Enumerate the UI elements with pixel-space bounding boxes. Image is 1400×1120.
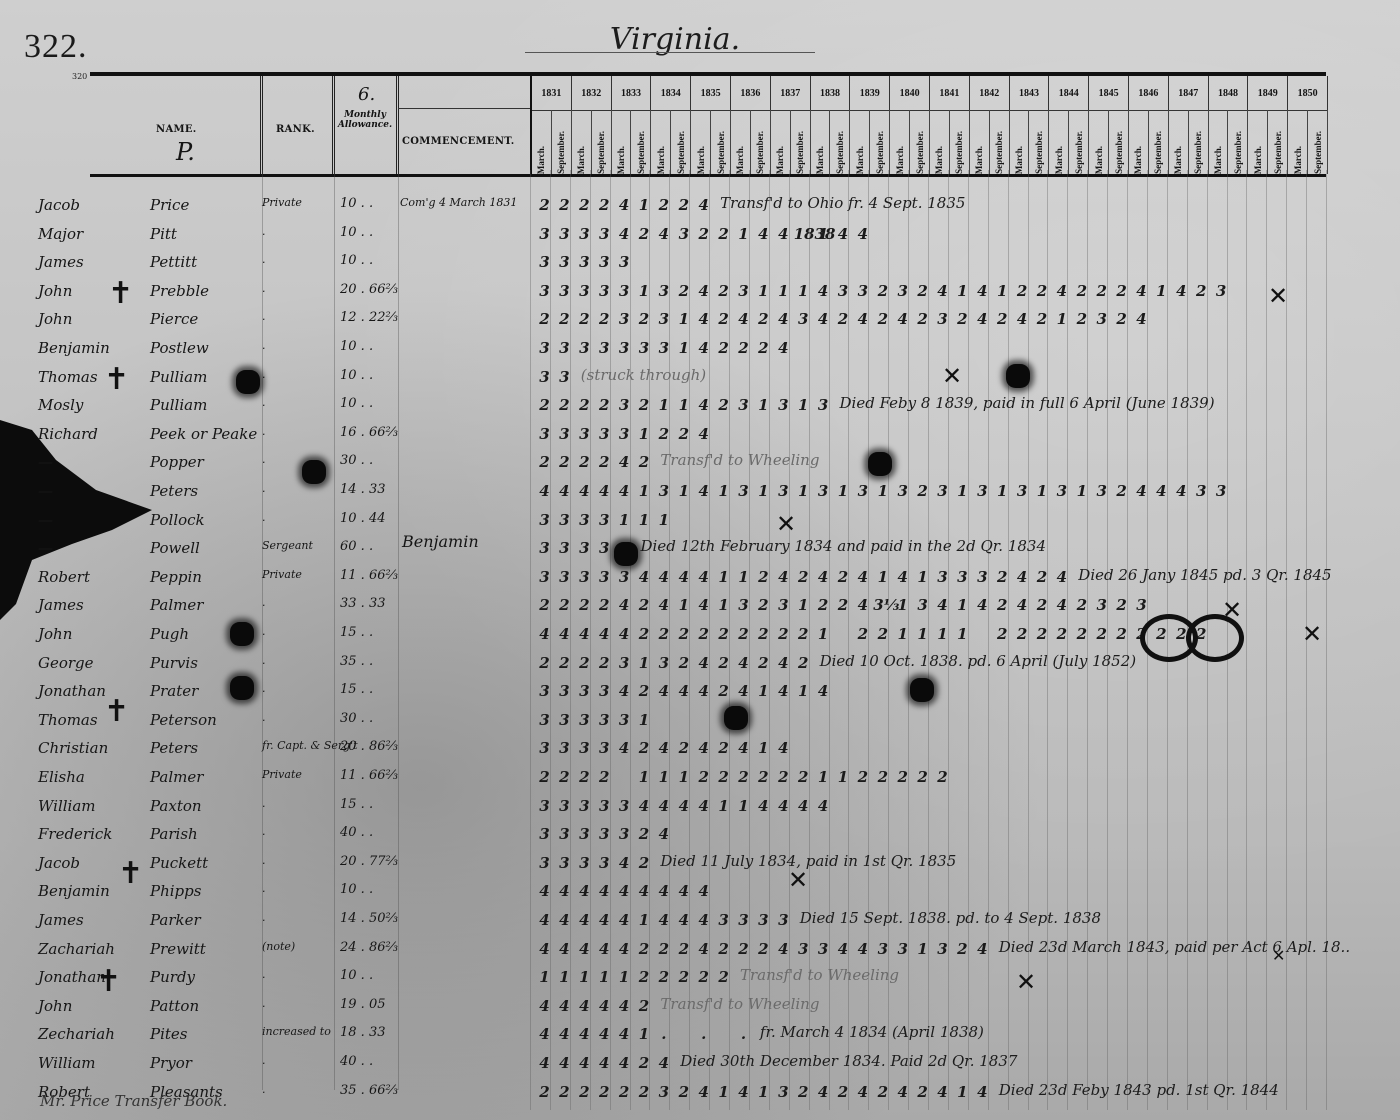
allowance-label-2: Allowance. <box>336 120 394 130</box>
payment-entry: 2 <box>873 768 892 786</box>
payment-entry: 3 <box>575 854 594 872</box>
payment-entry: 1 <box>635 768 654 786</box>
month-header: September. <box>1189 110 1209 174</box>
payment-entry: 2 <box>754 310 773 328</box>
previous-page-number: 320 <box>72 72 87 81</box>
payment-entry: 2 <box>535 768 554 786</box>
last-name: Purvis <box>150 654 198 672</box>
ink-blot-mark <box>230 622 254 646</box>
last-name: Pettitt <box>150 253 197 271</box>
last-name: Pryor <box>150 1054 192 1072</box>
payment-entry: 4 <box>694 1083 713 1101</box>
payment-entry: 3 <box>555 425 574 443</box>
payment-entry: 4 <box>654 739 673 757</box>
payment-entry: 1 <box>555 968 574 986</box>
month-header: March. <box>771 110 791 174</box>
pensioner-row: JonathanPrater.15 . .333342444241414 <box>0 682 1400 710</box>
payment-entry: 1838 <box>794 225 813 243</box>
payment-entry: 3 <box>834 282 853 300</box>
interline-annotation: Benjamin <box>402 532 479 551</box>
monthly-allowance: 10 . . <box>340 968 373 983</box>
pensioner-row: JohnPatton.19 . 05444442Transf'd to Whee… <box>0 997 1400 1025</box>
year-header: 1841 <box>930 76 970 111</box>
payment-entry: 3 <box>714 911 733 929</box>
payment-entry: 3 <box>555 339 574 357</box>
payment-entry: 2 <box>635 854 654 872</box>
payment-entry: 2 <box>1072 282 1091 300</box>
payment-entry: 1 <box>913 940 932 958</box>
first-name: James <box>38 253 84 271</box>
pensioner-row: BenjaminPhipps.10 . .444444444 <box>0 882 1400 910</box>
payment-entry: 2 <box>674 968 693 986</box>
first-name: Thomas <box>38 711 98 729</box>
pensioner-row: MajorPitt.10 . .33334243221441838144 <box>0 225 1400 253</box>
payment-entry: 2 <box>794 654 813 672</box>
payment-entry: 4 <box>654 797 673 815</box>
payment-entry: 3 <box>853 482 872 500</box>
payment-entry: 3 <box>1013 482 1032 500</box>
payment-entry: 3 <box>933 310 952 328</box>
payment-entry: 2 <box>1033 596 1052 614</box>
payment-entry: 3 <box>654 282 673 300</box>
month-header: September. <box>711 110 731 174</box>
payment-entry: 4 <box>694 911 713 929</box>
remark-note: Transf'd to Wheeling <box>660 995 819 1013</box>
payment-entry: 4 <box>814 568 833 586</box>
payment-entry: 2 <box>535 196 554 214</box>
payment-entry: 1 <box>734 568 753 586</box>
payment-entry: 3 <box>734 396 753 414</box>
payment-entry: 4 <box>555 1054 574 1072</box>
first-name: — <box>38 539 53 557</box>
payment-entry: 1 <box>635 425 654 443</box>
pensioner-row: WilliamPaxton.15 . .333334444114444 <box>0 797 1400 825</box>
payment-entry: 3 <box>615 825 634 843</box>
payment-entry: 4 <box>853 568 872 586</box>
month-header: September. <box>1069 110 1089 174</box>
payment-entry: 3 <box>774 396 793 414</box>
payment-entry: 1 <box>595 968 614 986</box>
first-name: James <box>38 911 84 929</box>
payment-entry: 3 <box>615 425 634 443</box>
payment-entry: 1 <box>635 482 654 500</box>
payment-entry: 3 <box>893 482 912 500</box>
monthly-allowance: 10 . . <box>340 196 373 211</box>
payment-entry: 1 <box>654 768 673 786</box>
year-header: 1849 <box>1248 76 1288 111</box>
month-label: September. <box>1114 128 1124 174</box>
payment-entry: 2 <box>714 625 733 643</box>
first-name: John <box>38 625 72 643</box>
payment-entry: 4 <box>933 1083 952 1101</box>
payment-entry: 3 <box>615 568 634 586</box>
last-name: Pitt <box>150 225 177 243</box>
payment-entry: 2 <box>694 968 713 986</box>
rank: . <box>262 682 266 695</box>
monthly-allowance: 12 . 22⅔ <box>340 310 398 325</box>
payment-entry: 3 <box>814 482 833 500</box>
payment-entry: 2 <box>814 596 833 614</box>
remark-note: Died 26 Jany 1845 pd. 3 Qr. 1845 <box>1078 566 1331 584</box>
payment-entry: 2 <box>635 940 654 958</box>
payment-entry: 4 <box>1172 282 1191 300</box>
payment-entry: 4 <box>694 425 713 443</box>
payment-entry: 2 <box>635 1083 654 1101</box>
first-name: James <box>38 596 84 614</box>
payment-entry: 4 <box>535 911 554 929</box>
ink-blot-mark <box>724 706 748 730</box>
payment-entry: 2 <box>794 625 813 643</box>
last-name: Peek or Peake <box>150 425 257 443</box>
monthly-allowance: 10 . 44 <box>340 511 385 526</box>
payment-entry: 4 <box>694 654 713 672</box>
payment-entry: 2 <box>754 768 773 786</box>
year-header: 1848 <box>1209 76 1249 111</box>
payment-entry: 2 <box>873 282 892 300</box>
month-label: September. <box>915 128 925 174</box>
payment-entry: 4 <box>754 225 773 243</box>
payment-entry: 2 <box>853 625 872 643</box>
rank: . <box>262 1083 266 1096</box>
month-label: September. <box>636 128 646 174</box>
payment-entry: 3 <box>595 539 614 557</box>
last-name: Prebble <box>150 282 209 300</box>
last-name: Parish <box>150 825 198 843</box>
payment-entry: 4 <box>853 1083 872 1101</box>
rank: Private <box>262 768 302 781</box>
payment-entry: 4 <box>674 797 693 815</box>
payment-entry: 2 <box>754 568 773 586</box>
month-header: March. <box>890 110 910 174</box>
payment-entry: 4 <box>615 225 634 243</box>
commencement-label: COMMENCEMENT. <box>402 136 515 147</box>
payment-entry: 3 <box>734 482 753 500</box>
payment-entry: 4 <box>595 882 614 900</box>
payment-entry: 4 <box>635 882 654 900</box>
payment-entry: 4 <box>575 1025 594 1043</box>
payment-entry: 3 <box>595 511 614 529</box>
payment-entry: 4 <box>535 1025 554 1043</box>
month-header: March. <box>970 110 990 174</box>
year-header: 1832 <box>572 76 612 111</box>
payment-entry: 4 <box>814 310 833 328</box>
rank: . <box>262 225 266 238</box>
year-header: 1844 <box>1049 76 1089 111</box>
payment-entry: 3 <box>555 225 574 243</box>
payment-entry: 4 <box>575 997 594 1015</box>
payment-entry: 1 <box>674 310 693 328</box>
remark-note: Died 12th February 1834 and paid in the … <box>641 537 1047 555</box>
payment-entry: 3 <box>535 682 554 700</box>
payment-entry: 4 <box>694 882 713 900</box>
last-name: Pugh <box>150 625 189 643</box>
payment-entry: 2 <box>1013 282 1032 300</box>
pensioner-row: BenjaminPostlew.10 . .3333333142224 <box>0 339 1400 367</box>
payment-entry: 2 <box>794 1083 813 1101</box>
payment-entry: 4 <box>774 568 793 586</box>
rank: . <box>262 596 266 609</box>
month-header: September. <box>592 110 612 174</box>
payment-entry: 4 <box>654 682 673 700</box>
monthly-allowance: 35 . . <box>340 654 373 669</box>
ink-blot-mark <box>868 452 892 476</box>
allowance-number: 6. <box>358 84 375 105</box>
payment-entry: 3 <box>933 482 952 500</box>
payment-entry: 2 <box>714 654 733 672</box>
payment-entry: 1 <box>953 282 972 300</box>
monthly-allowance: 10 . . <box>340 368 373 383</box>
cross-mark-icon: ✝ <box>108 276 133 311</box>
payment-entry: 2 <box>993 310 1012 328</box>
payment-entry: 2 <box>754 339 773 357</box>
last-name: Paxton <box>150 797 202 815</box>
payment-entry: 1 <box>754 482 773 500</box>
payment-entry: 2 <box>714 282 733 300</box>
pensioner-row: ZachariahPrewitt(note)24 . 86⅔4444422242… <box>0 940 1400 968</box>
year-header: 1838 <box>811 76 851 111</box>
payment-entry: 3 <box>595 739 614 757</box>
payment-entry: 2 <box>913 310 932 328</box>
payment-entry: 4 <box>694 739 713 757</box>
ink-blot-mark <box>614 542 638 566</box>
rank-label: RANK. <box>276 124 315 135</box>
last-name: Palmer <box>150 768 203 786</box>
payment-entry: . <box>694 1025 713 1043</box>
year-header: 1850 <box>1288 76 1328 111</box>
year-header: 1845 <box>1089 76 1129 111</box>
year-header: 1837 <box>771 76 811 111</box>
payment-entry: 2 <box>893 768 912 786</box>
payment-entry: 3 <box>535 425 554 443</box>
rank: (note) <box>262 940 295 953</box>
payment-entry: 1 <box>615 968 634 986</box>
payment-entry: 3 <box>635 339 654 357</box>
month-header: March. <box>1248 110 1268 174</box>
payment-entry: 2 <box>714 396 733 414</box>
month-header: September. <box>950 110 970 174</box>
month-label: September. <box>954 128 964 174</box>
payment-entry: 4 <box>694 568 713 586</box>
circled-payment-mark <box>1186 614 1244 662</box>
payment-entry: 1 <box>714 482 733 500</box>
month-header: September. <box>831 110 851 174</box>
payment-entry: 1 <box>794 396 813 414</box>
payment-entry: 2 <box>913 482 932 500</box>
payment-entry: 1 <box>814 768 833 786</box>
rank: Sergeant <box>262 539 313 552</box>
payment-entry: 4 <box>694 310 713 328</box>
month-label: September. <box>1153 128 1163 174</box>
rank: . <box>262 425 266 438</box>
cross-mark-icon: ✝ <box>96 964 121 999</box>
first-name: Benjamin <box>38 882 110 900</box>
rank: . <box>262 711 266 724</box>
payment-entry: 4 <box>615 682 634 700</box>
pensioner-row: ElishaPalmerPrivate11 . 66⅔2222111222222… <box>0 768 1400 796</box>
payment-entry: 2 <box>595 596 614 614</box>
month-label: September. <box>1034 128 1044 174</box>
payment-entry: 1 <box>754 1083 773 1101</box>
payment-entry: 1 <box>834 768 853 786</box>
rank: . <box>262 654 266 667</box>
remark-note: Died 10 Oct. 1838. pd. 6 April (July 185… <box>820 652 1137 670</box>
payment-entry: 2 <box>535 310 554 328</box>
payment-entry: 2 <box>993 596 1012 614</box>
payment-entry: 4 <box>575 911 594 929</box>
page-number: 322. <box>24 28 88 66</box>
last-name: Phipps <box>150 882 201 900</box>
payment-entry: 4 <box>615 625 634 643</box>
payment-entry: 3 <box>575 739 594 757</box>
payment-entry: 1 <box>814 625 833 643</box>
remark-note: fr. March 4 1834 (April 1838) <box>760 1023 984 1041</box>
payment-entry: 4 <box>1132 310 1151 328</box>
month-header: September. <box>751 110 771 174</box>
payment-entry: 4 <box>973 596 992 614</box>
first-name: John <box>38 997 72 1015</box>
payment-entry: 3 <box>575 682 594 700</box>
payment-entry: 2 <box>555 310 574 328</box>
payment-entry: 3 <box>555 682 574 700</box>
payment-entry: 1 <box>953 1083 972 1101</box>
payment-entry: 2 <box>595 453 614 471</box>
payment-entry: 2 <box>834 310 853 328</box>
payment-entry: 2 <box>595 768 614 786</box>
payment-entry: 4 <box>595 997 614 1015</box>
pensioner-row: WilliamPryor.40 . .4444424Died 30th Dece… <box>0 1054 1400 1082</box>
month-header: September. <box>1109 110 1129 174</box>
payment-entry: 4 <box>834 940 853 958</box>
payment-entry: 4 <box>694 940 713 958</box>
payment-entry: 3 <box>794 940 813 958</box>
rank: . <box>262 310 266 323</box>
payment-entry: 2 <box>635 310 654 328</box>
first-name: Jacob <box>38 854 80 872</box>
payment-entry: 4 <box>575 625 594 643</box>
payment-entry: 4 <box>973 940 992 958</box>
first-name: Mosly <box>38 396 83 414</box>
payment-entry: 2 <box>694 225 713 243</box>
month-header: September. <box>632 110 652 174</box>
month-label: September. <box>795 128 805 174</box>
payment-entry: 4 <box>555 482 574 500</box>
payment-entry: 4 <box>535 882 554 900</box>
last-name: Pulliam <box>150 396 207 414</box>
payment-entry: 2 <box>575 654 594 672</box>
ink-blot-mark <box>230 676 254 700</box>
payment-entry: 2 <box>1192 282 1211 300</box>
payment-entry: 4 <box>615 940 634 958</box>
payment-entry: 3 <box>754 911 773 929</box>
rank: . <box>262 339 266 352</box>
monthly-allowance: 33 . 33 <box>340 596 385 611</box>
payment-entry: 1 <box>734 797 753 815</box>
payment-entry: 2 <box>674 940 693 958</box>
month-header: September. <box>1030 110 1050 174</box>
payment-entry: 3 <box>555 854 574 872</box>
first-name: Zechariah <box>38 1025 115 1043</box>
rank: . <box>262 368 266 381</box>
payment-entry: 3 <box>615 797 634 815</box>
last-name: Pulliam <box>150 368 207 386</box>
payment-entry: 4 <box>694 339 713 357</box>
payment-entry: 4 <box>615 911 634 929</box>
month-header: March. <box>1209 110 1229 174</box>
payment-entry: 3 <box>1192 482 1211 500</box>
payment-entry: 4 <box>973 310 992 328</box>
month-header: March. <box>811 110 831 174</box>
payment-entry: 4 <box>1132 282 1151 300</box>
first-name: — <box>38 482 53 500</box>
payment-entry: 2 <box>575 396 594 414</box>
payment-entry: 1 <box>535 968 554 986</box>
monthly-allowance: 11 . 66⅔ <box>340 568 398 583</box>
payment-entry: 2 <box>635 453 654 471</box>
payment-entry: 1 <box>873 568 892 586</box>
payment-entry: 4 <box>694 797 713 815</box>
payment-entry: 3 <box>555 282 574 300</box>
payment-entry: 2 <box>555 1083 574 1101</box>
payment-entry: 2 <box>674 196 693 214</box>
monthly-allowance: 60 . . <box>340 539 373 554</box>
payment-entry: 2 <box>1112 310 1131 328</box>
monthly-allowance: 10 . . <box>340 396 373 411</box>
payment-entry: 4 <box>1013 568 1032 586</box>
payment-entry: 4 <box>774 654 793 672</box>
payment-entry: 4 <box>575 482 594 500</box>
payment-entry: 4 <box>555 911 574 929</box>
rank: . <box>262 968 266 981</box>
payment-entry: 4 <box>615 854 634 872</box>
payment-entry: 4 <box>635 797 654 815</box>
name-label: NAME. <box>156 124 197 135</box>
payment-entry: 3 <box>575 511 594 529</box>
payment-entry: 2 <box>794 568 813 586</box>
payment-entry: 2 <box>754 596 773 614</box>
payment-entry: 2 <box>1033 568 1052 586</box>
payment-entry: 2 <box>595 396 614 414</box>
payment-entry: 2 <box>1033 282 1052 300</box>
monthly-allowance: 35 . 66⅔ <box>340 1083 398 1098</box>
payment-entry: 4 <box>674 682 693 700</box>
payment-entry: 1 <box>1152 282 1171 300</box>
payment-entry: 1 <box>654 396 673 414</box>
year-header: 1839 <box>850 76 890 111</box>
first-name: Christian <box>38 739 108 757</box>
x-mark-icon: ✕ <box>788 866 808 894</box>
payment-entry: 2 <box>834 1083 853 1101</box>
payment-entry: 2 <box>1013 625 1032 643</box>
payment-entry: 4 <box>615 739 634 757</box>
payment-entry: 3 <box>575 568 594 586</box>
year-header: 1846 <box>1129 76 1169 111</box>
payment-entry: 2 <box>734 339 753 357</box>
payment-entry: 2 <box>555 654 574 672</box>
payment-entry: 2 <box>575 453 594 471</box>
payment-entry: 2 <box>535 654 554 672</box>
payment-entry: 3 <box>973 568 992 586</box>
payment-entry: 2 <box>555 396 574 414</box>
month-header: March. <box>572 110 592 174</box>
payment-entry: . <box>734 1025 753 1043</box>
monthly-allowance: 10 . . <box>340 225 373 240</box>
monthly-allowance: 15 . . <box>340 682 373 697</box>
payment-entry: 1 <box>615 511 634 529</box>
rank: . <box>262 911 266 924</box>
payment-entry: 2 <box>873 1083 892 1101</box>
ink-blot-mark <box>302 460 326 484</box>
payment-entry: 3 <box>535 511 554 529</box>
